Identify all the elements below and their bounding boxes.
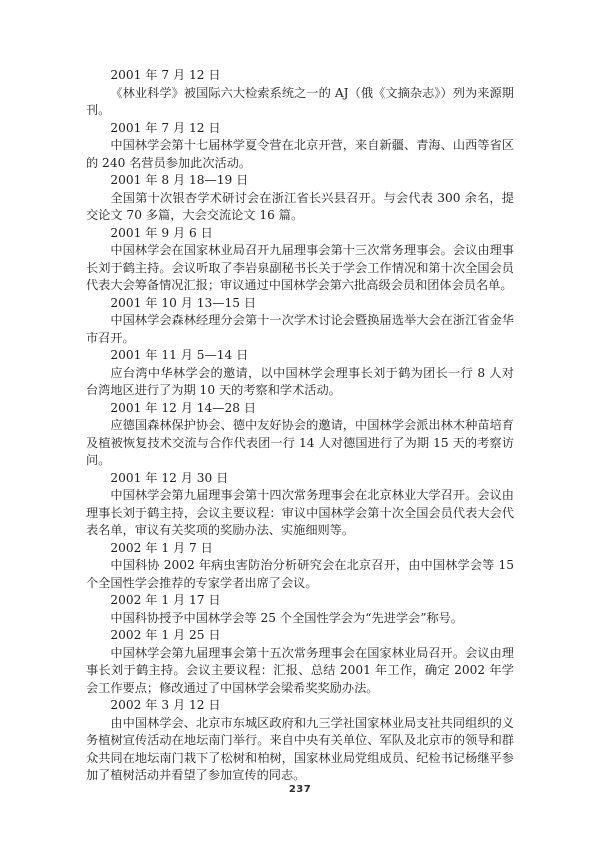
entry-text: 应台湾中华林学会的邀请，以中国林学会理事长刘于鹤为团长一行 8 人对台湾地区进行… [86,365,514,400]
entry-date: 2001 年 10 月 13—15 日 [86,295,514,313]
entry-text: 中国科协授予中国林学会等 25 个全国性学会为“先进学会”称号。 [86,610,514,628]
entry-date: 2002 年 1 月 25 日 [86,627,514,645]
entry-text: 应德国森林保护协会、德中友好协会的邀请，中国林学会派出林木种苗培育及植被恢复技术… [86,417,514,470]
entry-text: 中国林学会在国家林业局召开九届理事会第十三次常务理事会。会议由理事长刘于鹤主持。… [86,242,514,295]
entry-text: 中国林学会第九届理事会第十四次常务理事会在北京林业大学召开。会议由理事长刘于鹤主… [86,487,514,540]
entry-date: 2002 年 1 月 7 日 [86,540,514,558]
chronicle-text: 2001 年 7 月 12 日《林业科学》被国际六大检索系统之一的 AJ（俄《文… [86,67,514,785]
entry-date: 2001 年 11 月 5—14 日 [86,347,514,365]
entry-date: 2002 年 3 月 12 日 [86,697,514,715]
page-number: 237 [0,784,600,795]
entry-date: 2001 年 12 月 14—28 日 [86,400,514,418]
entry-date: 2002 年 1 月 17 日 [86,592,514,610]
entry-date: 2001 年 8 月 18—19 日 [86,172,514,190]
document-page: 2001 年 7 月 12 日《林业科学》被国际六大检索系统之一的 AJ（俄《文… [0,0,600,848]
entry-text: 由中国林学会、北京市东城区政府和九三学社国家林业局支社共同组织的义务植树宣传活动… [86,715,514,785]
entry-date: 2001 年 12 月 30 日 [86,470,514,488]
entry-text: 中国林学会森林经理分会第十一次学术讨论会暨换届选举大会在浙江省金华市召开。 [86,312,514,347]
entry-date: 2001 年 7 月 12 日 [86,120,514,138]
entry-date: 2001 年 9 月 6 日 [86,225,514,243]
entry-date: 2001 年 7 月 12 日 [86,67,514,85]
entry-text: 中国林学会第十七届林学夏令营在北京开营，来自新疆、青海、山西等省区的 240 名… [86,137,514,172]
entry-text: 中国林学会第九届理事会第十五次常务理事会在国家林业局召开。会议由理事长刘于鹤主持… [86,645,514,698]
entry-text: 中国科协 2002 年病虫害防治分析研究会在北京召开，由中国林学会等 15 个全… [86,557,514,592]
entry-text: 《林业科学》被国际六大检索系统之一的 AJ（俄《文摘杂志》）列为来源期刊。 [86,85,514,120]
entry-text: 全国第十次银杏学术研讨会在浙江省长兴县召开。与会代表 300 余名，提交论文 7… [86,190,514,225]
